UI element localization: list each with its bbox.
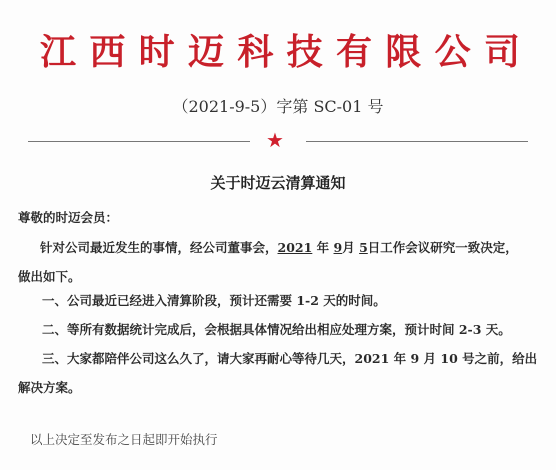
salutation: 尊敬的时迈会员：	[18, 208, 118, 226]
company-char: 科	[237, 24, 273, 75]
company-char: 司	[484, 24, 520, 75]
company-char: 时	[139, 24, 175, 75]
company-char: 有	[336, 24, 372, 75]
list-item: 三、大家都陪伴公司这么久了，请大家再耐心等待几天，2021 年 9 月 10 号…	[42, 349, 537, 367]
list-item: 二、等所有数据统计完成后，会根据具体情况给出相应处理方案，预计时间 2-3 天。	[42, 320, 511, 338]
divider-line-right	[306, 141, 528, 142]
divider-line-left	[28, 141, 250, 142]
intro-year: 2021	[278, 240, 313, 255]
company-char: 公	[435, 24, 471, 75]
intro-day: 5	[359, 240, 368, 255]
company-char: 迈	[188, 24, 224, 75]
footer-note: 以上决定至发布之日起即开始执行	[30, 430, 218, 448]
intro-paragraph-continued: 做出如下。	[18, 267, 81, 285]
document-number: （2021-9-5）字第 SC-01 号	[0, 94, 556, 117]
list-item-continued: 解决方案。	[18, 378, 81, 396]
company-char: 限	[385, 24, 421, 75]
company-char: 技	[287, 24, 323, 75]
intro-month: 9	[334, 240, 343, 255]
header-divider: ★	[28, 133, 528, 149]
star-icon: ★	[266, 130, 284, 150]
notice-title: 关于时迈云清算通知	[0, 172, 556, 193]
intro-text: 针对公司最近发生的事情，经公司董事会，	[40, 240, 278, 255]
company-char: 西	[89, 24, 125, 75]
list-item: 一、公司最近已经进入清算阶段，预计还需要 1-2 天的时间。	[42, 291, 386, 309]
intro-year-suffix: 年	[312, 240, 333, 255]
company-name-header: 江 西 时 迈 科 技 有 限 公 司	[40, 24, 520, 75]
company-char: 江	[40, 24, 76, 75]
intro-text-end: 日工作会议研究一致决定，	[368, 240, 518, 255]
intro-paragraph: 针对公司最近发生的事情，经公司董事会，2021 年 9月 5日工作会议研究一致决…	[40, 238, 518, 256]
intro-month-suffix: 月	[342, 240, 359, 255]
